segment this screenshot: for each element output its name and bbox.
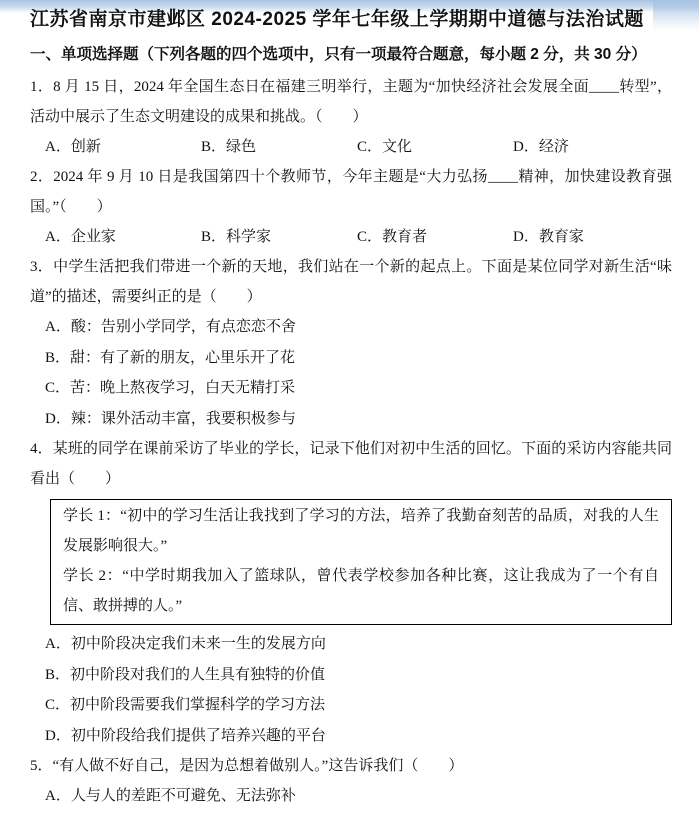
- question-1-option-a: A．创新: [45, 132, 201, 162]
- question-4-quote-2: 学长 2：“中学时期我加入了篮球队，曾代表学校参加各种比赛，这让我成为了一个有自…: [63, 561, 659, 621]
- question-1-option-d: D．经济: [513, 132, 569, 162]
- question-2-stem: 2．2024 年 9 月 10 日是我国第四十个教师节，今年主题是“大力弘扬__…: [30, 162, 672, 222]
- question-4-option-b: B．初中阶段对我们的人生具有独特的价值: [30, 660, 672, 691]
- question-1: 1．8 月 15 日，2024 年全国生态日在福建三明举行，主题为“加快经济社会…: [30, 72, 672, 162]
- page-title: 江苏省南京市建邺区 2024-2025 学年七年级上学期期中道德与法治试题: [30, 7, 672, 33]
- question-2-option-b: B．科学家: [201, 222, 357, 252]
- question-1-option-c: C．文化: [357, 132, 513, 162]
- question-4-option-a: A．初中阶段决定我们未来一生的发展方向: [30, 629, 672, 660]
- question-2-option-a: A．企业家: [45, 222, 201, 252]
- question-4-option-c: C．初中阶段需要我们掌握科学的学习方法: [30, 690, 672, 721]
- question-3-option-d: D．辣：课外活动丰富，我要积极参与: [30, 404, 672, 435]
- question-1-option-b: B．绿色: [201, 132, 357, 162]
- question-4-options: A．初中阶段决定我们未来一生的发展方向 B．初中阶段对我们的人生具有独特的价值 …: [30, 629, 672, 751]
- question-2-option-c: C．教育者: [357, 222, 513, 252]
- question-5: 5．“有人做不好自己，是因为总想着做别人。”这告诉我们（ ） A．人与人的差距不…: [30, 751, 672, 812]
- question-3-option-a: A．酸：告别小学同学，有点恋恋不舍: [30, 312, 672, 343]
- question-2: 2．2024 年 9 月 10 日是我国第四十个教师节，今年主题是“大力弘扬__…: [30, 162, 672, 252]
- question-1-stem: 1．8 月 15 日，2024 年全国生态日在福建三明举行，主题为“加快经济社会…: [30, 72, 672, 132]
- section-header: 一、单项选择题（下列各题的四个选项中，只有一项最符合题意，每小题 2 分，共 3…: [30, 42, 672, 68]
- question-4-stem: 4．某班的同学在课前采访了毕业的学长，记录下他们对初中生活的回忆。下面的采访内容…: [30, 434, 672, 494]
- question-4-quote-1: 学长 1：“初中的学习生活让我找到了学习的方法，培养了我勤奋刻苦的品质，对我的人…: [63, 501, 659, 561]
- question-3-option-b: B．甜：有了新的朋友，心里乐开了花: [30, 343, 672, 374]
- question-3-option-c: C．苦：晚上熬夜学习，白天无精打采: [30, 373, 672, 404]
- question-4-option-d: D．初中阶段给我们提供了培养兴趣的平台: [30, 721, 672, 752]
- question-3: 3．中学生活把我们带进一个新的天地，我们站在一个新的起点上。下面是某位同学对新生…: [30, 252, 672, 434]
- question-3-options: A．酸：告别小学同学，有点恋恋不舍 B．甜：有了新的朋友，心里乐开了花 C．苦：…: [30, 312, 672, 434]
- question-2-option-d: D．教育家: [513, 222, 584, 252]
- question-1-options: A．创新 B．绿色 C．文化 D．经济: [30, 132, 672, 162]
- question-2-options: A．企业家 B．科学家 C．教育者 D．教育家: [30, 222, 672, 252]
- question-4: 4．某班的同学在课前采访了毕业的学长，记录下他们对初中生活的回忆。下面的采访内容…: [30, 434, 672, 751]
- question-4-interview-box: 学长 1：“初中的学习生活让我找到了学习的方法，培养了我勤奋刻苦的品质，对我的人…: [50, 499, 672, 625]
- question-3-stem: 3．中学生活把我们带进一个新的天地，我们站在一个新的起点上。下面是某位同学对新生…: [30, 252, 672, 312]
- exam-page: 江苏省南京市建邺区 2024-2025 学年七年级上学期期中道德与法治试题 一、…: [0, 0, 699, 812]
- question-5-option-a: A．人与人的差距不可避免、无法弥补: [30, 781, 672, 812]
- question-5-stem: 5．“有人做不好自己，是因为总想着做别人。”这告诉我们（ ）: [30, 751, 672, 781]
- question-5-options: A．人与人的差距不可避免、无法弥补: [30, 781, 672, 812]
